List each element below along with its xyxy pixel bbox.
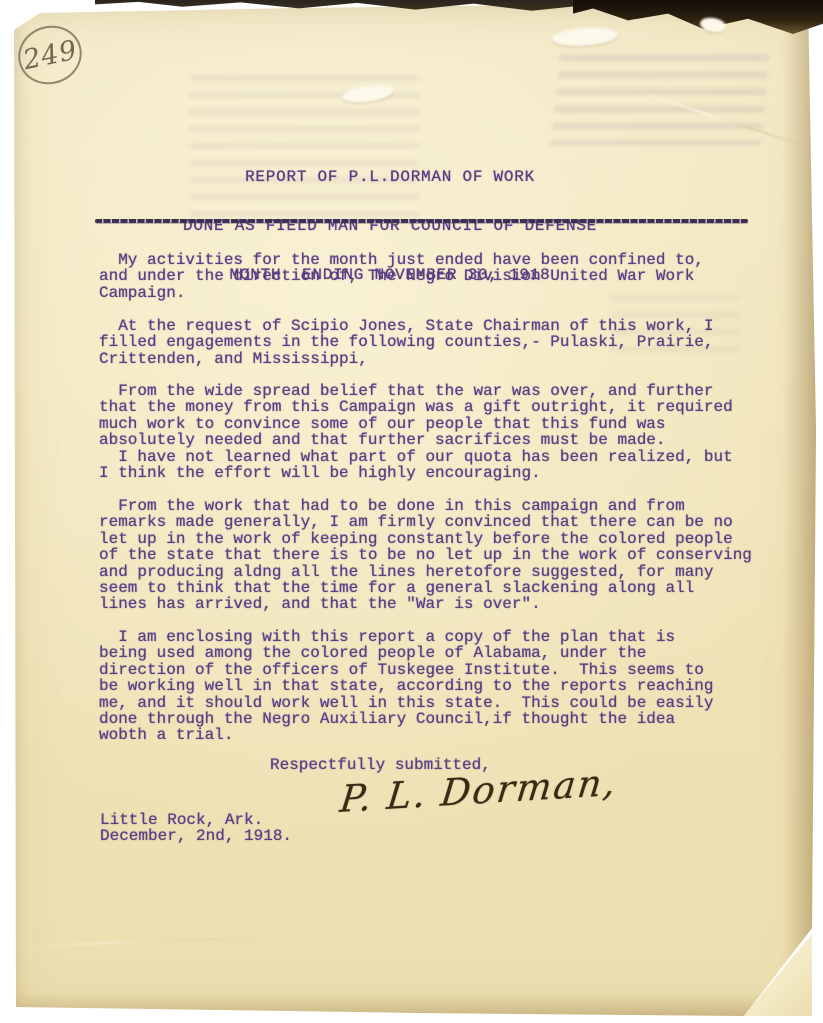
paragraph-activities: My activities for the month just ended h…	[99, 252, 704, 301]
title-line-1: REPORT OF P.L.DORMAN OF WORK	[60, 169, 720, 185]
pencil-page-number: 249	[20, 34, 80, 76]
paragraph-request: At the request of Scipio Jones, State Ch…	[99, 318, 714, 367]
paragraph-belief: From the wide spread belief that the war…	[99, 383, 733, 481]
paragraph-enclosing-plan: I am enclosing with this report a copy o…	[99, 629, 714, 744]
place-date-block: Little Rock, Ark. December, 2nd, 1918.	[100, 812, 292, 845]
typed-divider-line	[95, 219, 748, 223]
paragraph-campaign-work: From the work that had to be done in thi…	[99, 498, 752, 613]
